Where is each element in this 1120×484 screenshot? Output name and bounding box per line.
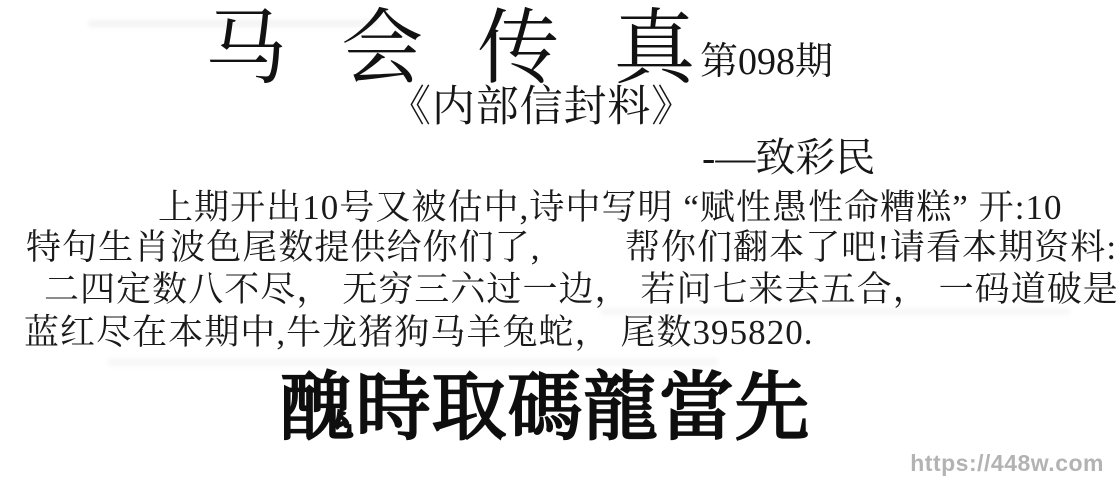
body-line-2-left: 特句生肖波色尾数提供给你们了, xyxy=(26,229,541,268)
salutation: -—致彩民 xyxy=(702,136,875,180)
page-title: 马会传真 xyxy=(205,4,749,94)
subtitle: 《内部信封料》 xyxy=(388,84,695,131)
body-line-3: 二四定数八不尽， 无穷三六过一边， 若问七来去五合， 一码道破是九数。 xyxy=(44,271,1120,310)
fax-sheet: 马会传真 第098期 《内部信封料》 -—致彩民 上期开出10号又被估中,诗中写… xyxy=(0,0,1120,484)
issue-number: 第098期 xyxy=(700,42,833,84)
body-line-2-right: 帮你们翻本了吧!请看本期资料: xyxy=(625,229,1117,268)
watermark-url: https://448w.com xyxy=(910,451,1104,476)
headline: 醜時取碼龍當先 xyxy=(280,368,810,451)
scan-artifact xyxy=(108,358,718,366)
body-line-4: 蓝红尽在本期中,牛龙猪狗马羊兔蛇， 尾数395820. xyxy=(24,314,814,353)
body-line-1: 上期开出10号又被估中,诗中写明 “赋性愚性命糟糕” 开:10 xyxy=(158,189,1063,228)
